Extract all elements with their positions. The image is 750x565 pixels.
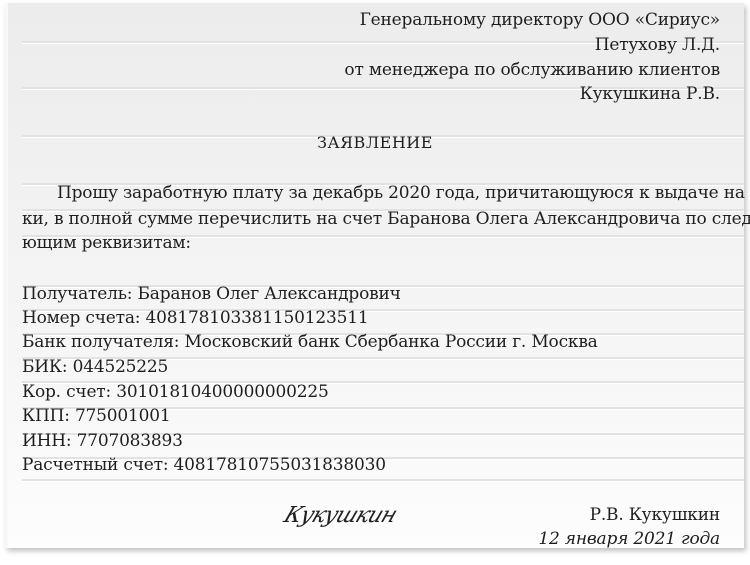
- handwritten-signature: Кукушкин: [280, 503, 399, 528]
- requisite-recipient: Получатель: Баранов Олег Александрович: [22, 284, 401, 304]
- requisite-corr-account: Кор. счет: 30101810400000000225: [22, 382, 329, 402]
- body-line-1: Прошу заработную плату за декабрь 2020 г…: [57, 183, 750, 203]
- requisite-inn: ИНН: 7707083893: [22, 431, 183, 451]
- addressee-line-3: от менеджера по обслуживанию клиентов: [344, 60, 720, 80]
- addressee-line-1: Генеральному директору ООО «Сириус»: [360, 10, 720, 30]
- requisite-settlement-account: Расчетный счет: 40817810755031838030: [22, 455, 386, 475]
- requisite-bank: Банк получателя: Московский банк Сбербан…: [22, 332, 598, 352]
- addressee-line-2: Петухову Л.Д.: [595, 35, 720, 55]
- requisite-kpp: КПП: 775001001: [22, 406, 170, 426]
- ruled-line: [22, 479, 744, 482]
- body-line-2: ки, в полной сумме перечислить на счет Б…: [22, 209, 750, 229]
- document-title: ЗАЯВЛЕНИЕ: [0, 133, 750, 152]
- requisite-bik: БИК: 044525225: [22, 357, 168, 377]
- body-line-3: ющим реквизитам:: [22, 233, 191, 253]
- requisite-account-number: Номер счета: 40817810338115012351​1: [22, 308, 368, 328]
- signer-name: Р.В. Кукушкин: [590, 505, 720, 525]
- document-date: 12 января 2021 года: [538, 529, 720, 549]
- addressee-line-4: Кукушкина Р.В.: [580, 84, 720, 104]
